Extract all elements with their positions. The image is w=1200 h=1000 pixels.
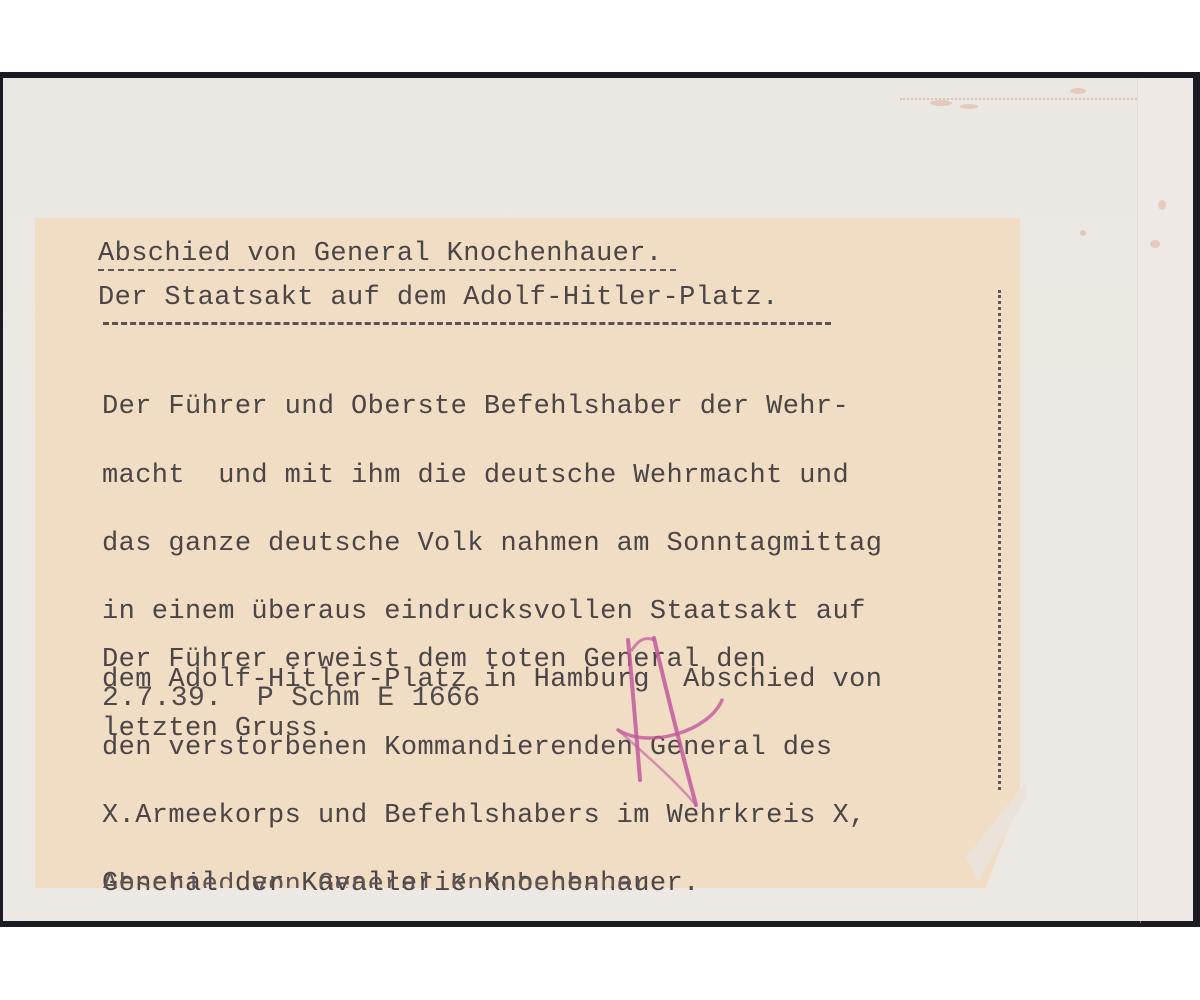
foxing-stain (1158, 200, 1166, 210)
perforated-edge (998, 290, 1005, 790)
foxing-stain (960, 104, 978, 109)
body-line: Der Führer und Oberste Befehlshaber der … (102, 396, 882, 419)
foxing-stain (1150, 240, 1160, 248)
body-line: das ganze deutsche Volk nahmen am Sonnta… (102, 533, 882, 556)
foxing-stain (1070, 88, 1086, 94)
reference-code: 2.7.39. P Schm E 1666 (102, 686, 480, 712)
title-underline (98, 269, 676, 271)
foxing-stain (930, 100, 952, 106)
caption-title: Abschied von General Knochenhauer. (98, 241, 663, 267)
dashed-separator (103, 322, 831, 325)
handwritten-pencil-mark-icon (600, 600, 740, 820)
foxing-stain (1080, 230, 1086, 236)
cut-off-repeat-title: Abschied von General Knochenhauer (102, 872, 650, 888)
caption-subtitle: Der Staatsakt auf dem Adolf-Hitler-Platz… (98, 285, 779, 311)
body-line: X.Armeekorps und Befehlshabers im Wehrkr… (102, 805, 882, 828)
body-line: macht und mit ihm die deutsche Wehrmacht… (102, 465, 882, 488)
